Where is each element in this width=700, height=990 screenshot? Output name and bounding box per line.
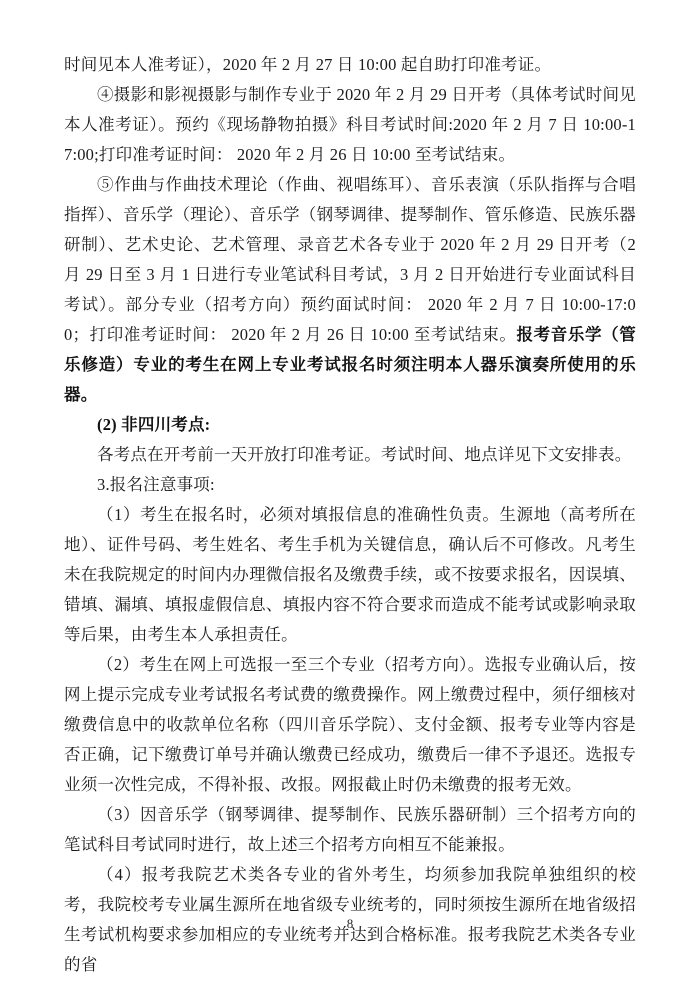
text-segment: 3.报名注意事项: (97, 475, 215, 494)
text-segment: ④摄影和影视摄影与制作专业于 2020 年 2 月 29 日开考（具体考试时间见… (64, 85, 636, 164)
text-segment: 时间见本人准考证），2020 年 2 月 27 日 10:00 起自助打印准考证… (64, 55, 551, 74)
text-segment: （1）考生在报名时，必须对填报信息的准确性负责。生源地（高考所在地）、证件号码、… (64, 505, 636, 644)
paragraph: ④摄影和影视摄影与制作专业于 2020 年 2 月 29 日开考（具体考试时间见… (64, 80, 636, 170)
paragraph: (2) 非四川考点: (64, 410, 636, 440)
page-number: 8 (347, 916, 354, 931)
paragraph: 3.报名注意事项: (64, 470, 636, 500)
text-segment: （3）因音乐学（钢琴调律、提琴制作、民族乐器研制）三个招考方向的笔试科目考试同时… (64, 805, 636, 854)
paragraph: （3）因音乐学（钢琴调律、提琴制作、民族乐器研制）三个招考方向的笔试科目考试同时… (64, 800, 636, 860)
document-page: 时间见本人准考证），2020 年 2 月 27 日 10:00 起自助打印准考证… (0, 0, 700, 990)
page-footer: 8 (0, 914, 700, 934)
text-segment: ⑤作曲与作曲技术理论（作曲、视唱练耳）、音乐表演（乐队指挥与合唱指挥）、音乐学（… (64, 175, 636, 344)
paragraph: 各考点在开考前一天开放打印准考证。考试时间、地点详见下文安排表。 (64, 440, 636, 470)
text-segment: 各考点在开考前一天开放打印准考证。考试时间、地点详见下文安排表。 (97, 445, 631, 464)
paragraph: （2）考生在网上可选报一至三个专业（招考方向）。选报专业确认后，按网上提示完成专… (64, 650, 636, 800)
text-segment: （2）考生在网上可选报一至三个专业（招考方向）。选报专业确认后，按网上提示完成专… (64, 655, 636, 794)
document-body: 时间见本人准考证），2020 年 2 月 27 日 10:00 起自助打印准考证… (64, 50, 636, 980)
text-segment: (2) 非四川考点: (97, 415, 210, 434)
paragraph: （1）考生在报名时，必须对填报信息的准确性负责。生源地（高考所在地）、证件号码、… (64, 500, 636, 650)
paragraph: 时间见本人准考证），2020 年 2 月 27 日 10:00 起自助打印准考证… (64, 50, 636, 80)
paragraph: ⑤作曲与作曲技术理论（作曲、视唱练耳）、音乐表演（乐队指挥与合唱指挥）、音乐学（… (64, 170, 636, 410)
